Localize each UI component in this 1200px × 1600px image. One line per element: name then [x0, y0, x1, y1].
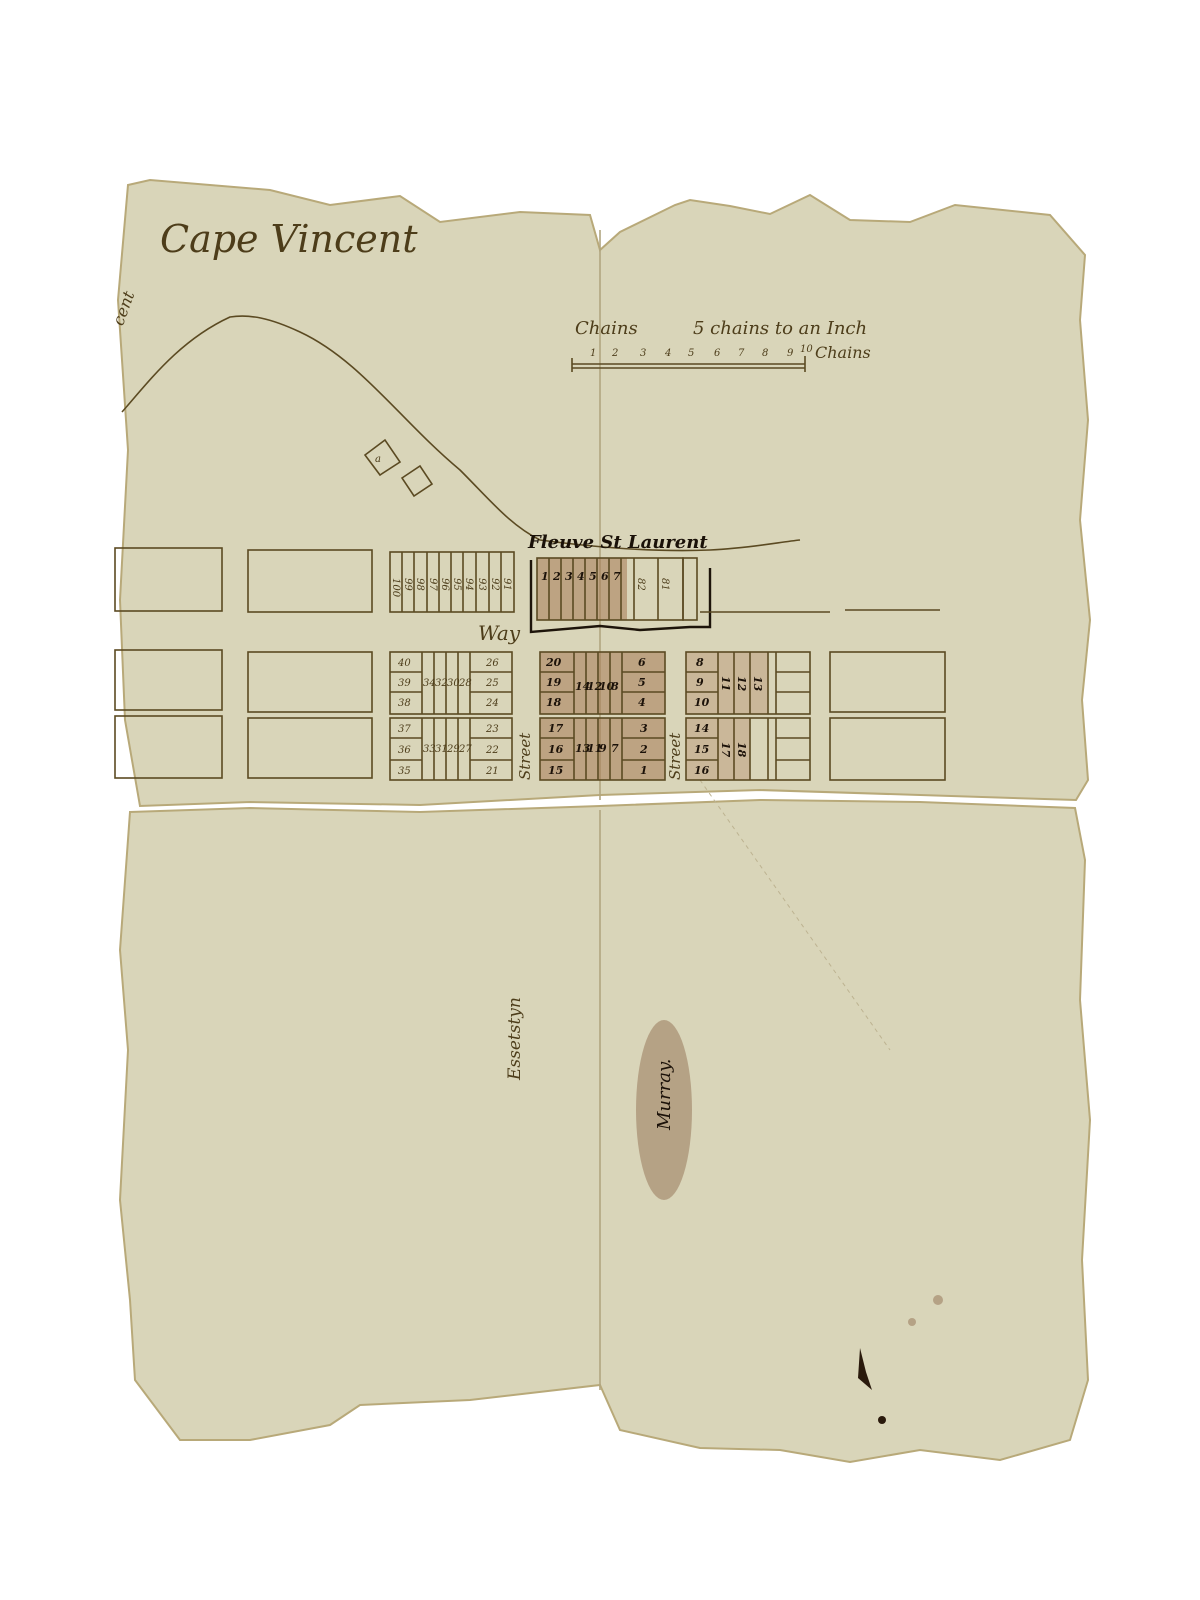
owner-label-essetstyn: Essetstyn: [505, 997, 525, 1081]
svg-text:15: 15: [548, 764, 563, 777]
svg-text:3: 3: [640, 722, 648, 735]
svg-text:21: 21: [485, 766, 499, 777]
block-d: 17 16 15 13 11 9 7 3 2 1: [540, 718, 665, 780]
svg-text:20: 20: [545, 656, 562, 669]
svg-text:19: 19: [546, 676, 562, 689]
svg-text:13: 13: [751, 676, 764, 692]
svg-text:97: 97: [427, 578, 438, 591]
svg-text:94: 94: [463, 578, 474, 591]
svg-text:14: 14: [694, 722, 709, 735]
svg-text:82: 82: [635, 578, 646, 591]
svg-text:8: 8: [611, 680, 619, 693]
svg-text:7: 7: [611, 742, 619, 755]
svg-text:38: 38: [398, 698, 411, 709]
block-c: 20 19 18 14 12 10 8 6 5 4: [540, 652, 665, 714]
owner-label-murray: Murray.: [654, 1059, 675, 1131]
svg-text:6: 6: [714, 348, 721, 359]
svg-text:18: 18: [735, 742, 748, 758]
svg-text:35: 35: [398, 766, 411, 777]
svg-text:34: 34: [423, 678, 436, 689]
street-label-right: Street: [666, 732, 684, 780]
svg-text:2: 2: [639, 743, 648, 756]
svg-text:99: 99: [402, 578, 413, 591]
scale-label-right: Chains: [815, 343, 871, 362]
svg-text:8: 8: [696, 656, 704, 669]
svg-text:6: 6: [638, 656, 646, 669]
svg-text:25: 25: [485, 678, 499, 689]
map-title: Cape Vincent: [160, 217, 418, 261]
svg-text:1: 1: [590, 348, 596, 359]
svg-text:10: 10: [694, 696, 710, 709]
svg-text:15: 15: [694, 743, 709, 756]
svg-text:24: 24: [485, 698, 499, 709]
svg-text:39: 39: [398, 678, 411, 689]
svg-text:3: 3: [565, 570, 573, 583]
svg-text:36: 36: [398, 745, 411, 756]
svg-text:7: 7: [613, 570, 621, 583]
svg-text:11: 11: [719, 676, 732, 691]
svg-text:17: 17: [719, 742, 732, 758]
svg-text:27: 27: [458, 744, 472, 755]
scale-label-left: Chains: [575, 318, 638, 339]
svg-text:17: 17: [548, 722, 564, 735]
svg-text:93: 93: [476, 578, 487, 591]
svg-text:40: 40: [397, 658, 411, 669]
svg-text:2: 2: [552, 570, 561, 583]
svg-text:2: 2: [611, 348, 618, 359]
svg-text:5: 5: [589, 570, 597, 583]
svg-text:98: 98: [414, 578, 425, 591]
svg-text:9: 9: [787, 348, 794, 359]
svg-text:23: 23: [485, 724, 499, 735]
svg-text:8: 8: [762, 348, 768, 359]
street-label-left: Street: [516, 732, 534, 780]
svg-text:4: 4: [638, 696, 646, 709]
svg-text:6: 6: [601, 570, 609, 583]
scale-caption: 5 chains to an Inch: [693, 318, 867, 339]
svg-text:18: 18: [546, 696, 562, 709]
svg-text:9: 9: [599, 742, 607, 755]
svg-text:91: 91: [501, 578, 512, 591]
svg-text:10: 10: [800, 344, 813, 355]
svg-text:3: 3: [640, 348, 646, 359]
river-label: Fleuve St Laurent: [527, 532, 708, 553]
svg-text:16: 16: [694, 764, 710, 777]
svg-text:5: 5: [638, 676, 646, 689]
svg-text:5: 5: [688, 348, 694, 359]
svg-text:31: 31: [435, 744, 448, 755]
svg-text:33: 33: [423, 744, 436, 755]
svg-text:96: 96: [439, 578, 450, 591]
svg-text:1: 1: [541, 570, 549, 583]
svg-text:9: 9: [696, 676, 704, 689]
svg-text:4: 4: [664, 348, 671, 359]
svg-text:12: 12: [735, 676, 748, 692]
svg-text:37: 37: [398, 724, 411, 735]
svg-text:26: 26: [485, 658, 499, 669]
paper-lower: [120, 800, 1090, 1462]
svg-text:28: 28: [458, 678, 472, 689]
svg-text:16: 16: [548, 743, 564, 756]
svg-text:4: 4: [577, 570, 585, 583]
svg-text:a: a: [375, 454, 381, 465]
svg-text:7: 7: [738, 348, 745, 359]
svg-text:95: 95: [451, 578, 462, 591]
road-label: Way: [478, 621, 521, 645]
svg-text:22: 22: [485, 745, 499, 756]
svg-text:92: 92: [489, 578, 500, 591]
svg-text:100: 100: [390, 578, 401, 598]
svg-text:1: 1: [640, 764, 648, 777]
map-sheet: Cape Vincent cent Chains 5 chains to an …: [0, 0, 1200, 1600]
svg-text:32: 32: [435, 678, 448, 689]
svg-text:81: 81: [659, 578, 670, 591]
